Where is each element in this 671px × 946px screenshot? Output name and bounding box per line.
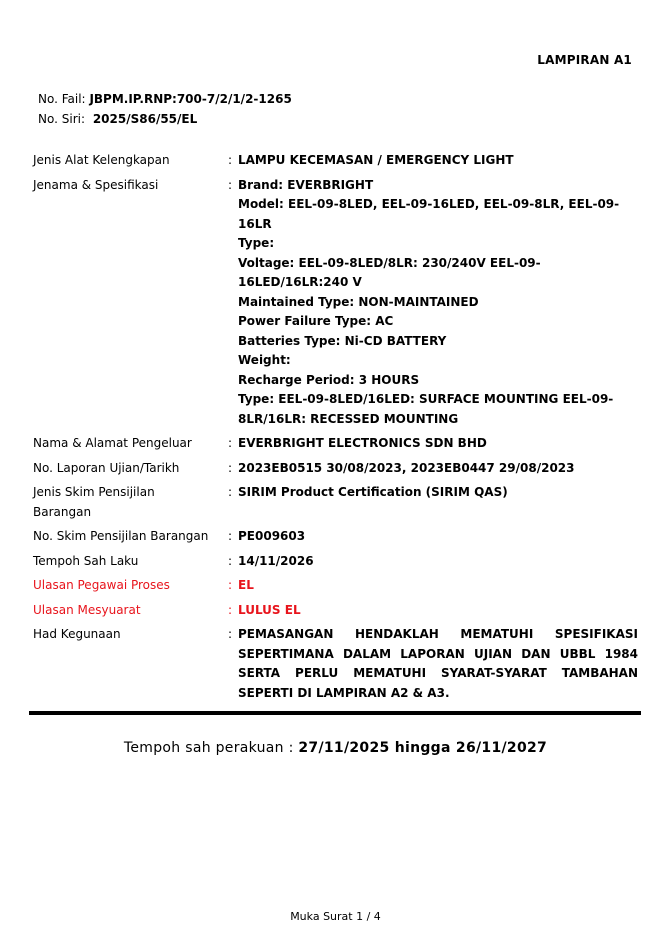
equipment-type-label: Jenis Alat Kelengkapan	[33, 151, 228, 171]
row-brand-spec: Jenama & Spesifikasi : Brand: EVERBRIGHT…	[33, 176, 638, 430]
separator-colon: :	[228, 176, 238, 196]
spec-mounting-type: Type: EEL-09-8LED/16LED: SURFACE MOUNTIN…	[238, 390, 638, 429]
spec-maintained-type: Maintained Type: NON-MAINTAINED	[238, 293, 638, 313]
spec-brand: Brand: EVERBRIGHT	[238, 176, 638, 196]
cert-scheme-type-value: SIRIM Product Certification (SIRIM QAS)	[238, 483, 638, 503]
row-cert-scheme-type: Jenis Skim Pensijilan Barangan : SIRIM P…	[33, 483, 638, 522]
usage-limit-value: PEMASANGAN HENDAKLAH MEMATUHI SPESIFIKAS…	[238, 625, 638, 703]
file-info: No. Fail: JBPM.IP.RNP:700-7/2/1/2-1265 N…	[38, 89, 292, 129]
manufacturer-value: EVERBRIGHT ELECTRONICS SDN BHD	[238, 434, 638, 454]
row-validity-period: Tempoh Sah Laku : 14/11/2026	[33, 552, 638, 572]
cert-scheme-no-label: No. Skim Pensijilan Barangan	[33, 527, 228, 547]
spec-voltage: Voltage: EEL-09-8LED/8LR: 230/240V EEL-0…	[238, 254, 638, 293]
test-report-label: No. Laporan Ujian/Tarikh	[33, 459, 228, 479]
serial-number-value: 2025/S86/55/EL	[93, 112, 197, 126]
certificate-validity-label: Tempoh sah perakuan :	[124, 740, 294, 756]
row-usage-limit: Had Kegunaan : PEMASANGAN HENDAKLAH MEMA…	[33, 625, 638, 703]
spec-recharge-period: Recharge Period: 3 HOURS	[238, 371, 638, 391]
spec-type: Type:	[238, 234, 638, 254]
equipment-type-value: LAMPU KECEMASAN / EMERGENCY LIGHT	[238, 151, 638, 171]
row-cert-scheme-no: No. Skim Pensijilan Barangan : PE009603	[33, 527, 638, 547]
serial-number-label: No. Siri:	[38, 112, 85, 126]
validity-period-value: 14/11/2026	[238, 552, 638, 572]
file-number-label: No. Fail:	[38, 92, 86, 106]
separator-colon: :	[228, 552, 238, 572]
row-equipment-type: Jenis Alat Kelengkapan : LAMPU KECEMASAN…	[33, 151, 638, 171]
spec-model: Model: EEL-09-8LED, EEL-09-16LED, EEL-09…	[238, 195, 638, 234]
row-officer-review: Ulasan Pegawai Proses : EL	[33, 576, 638, 596]
usage-limit-label: Had Kegunaan	[33, 625, 228, 645]
separator-colon: :	[228, 434, 238, 454]
page-number: Muka Surat 1 / 4	[0, 910, 671, 923]
separator-colon: :	[228, 459, 238, 479]
file-number-value: JBPM.IP.RNP:700-7/2/1/2-1265	[89, 92, 291, 106]
test-report-value: 2023EB0515 30/08/2023, 2023EB0447 29/08/…	[238, 459, 638, 479]
separator-colon: :	[228, 527, 238, 547]
row-test-report: No. Laporan Ujian/Tarikh : 2023EB0515 30…	[33, 459, 638, 479]
brand-spec-value: Brand: EVERBRIGHT Model: EEL-09-8LED, EE…	[238, 176, 638, 430]
row-meeting-review: Ulasan Mesyuarat : LULUS EL	[33, 601, 638, 621]
serial-number: No. Siri: 2025/S86/55/EL	[38, 109, 292, 129]
validity-period-label: Tempoh Sah Laku	[33, 552, 228, 572]
cert-scheme-type-label: Jenis Skim Pensijilan Barangan	[33, 483, 228, 522]
brand-spec-label: Jenama & Spesifikasi	[33, 176, 228, 196]
details-table: Jenis Alat Kelengkapan : LAMPU KECEMASAN…	[33, 151, 638, 708]
spec-weight: Weight:	[238, 351, 638, 371]
section-divider	[29, 711, 641, 715]
certificate-validity: Tempoh sah perakuan : 27/11/2025 hingga …	[0, 740, 671, 756]
separator-colon: :	[228, 483, 238, 503]
spec-batteries-type: Batteries Type: Ni-CD BATTERY	[238, 332, 638, 352]
separator-colon: :	[228, 625, 238, 645]
file-number: No. Fail: JBPM.IP.RNP:700-7/2/1/2-1265	[38, 89, 292, 109]
separator-colon: :	[228, 576, 238, 596]
separator-colon: :	[228, 601, 238, 621]
separator-colon: :	[228, 151, 238, 171]
officer-review-value: EL	[238, 576, 638, 596]
certificate-validity-value: 27/11/2025 hingga 26/11/2027	[298, 740, 547, 756]
meeting-review-value: LULUS EL	[238, 601, 638, 621]
row-manufacturer: Nama & Alamat Pengeluar : EVERBRIGHT ELE…	[33, 434, 638, 454]
meeting-review-label: Ulasan Mesyuarat	[33, 601, 228, 621]
attachment-label: LAMPIRAN A1	[537, 53, 632, 67]
manufacturer-label: Nama & Alamat Pengeluar	[33, 434, 228, 454]
spec-power-failure-type: Power Failure Type: AC	[238, 312, 638, 332]
cert-scheme-no-value: PE009603	[238, 527, 638, 547]
officer-review-label: Ulasan Pegawai Proses	[33, 576, 228, 596]
